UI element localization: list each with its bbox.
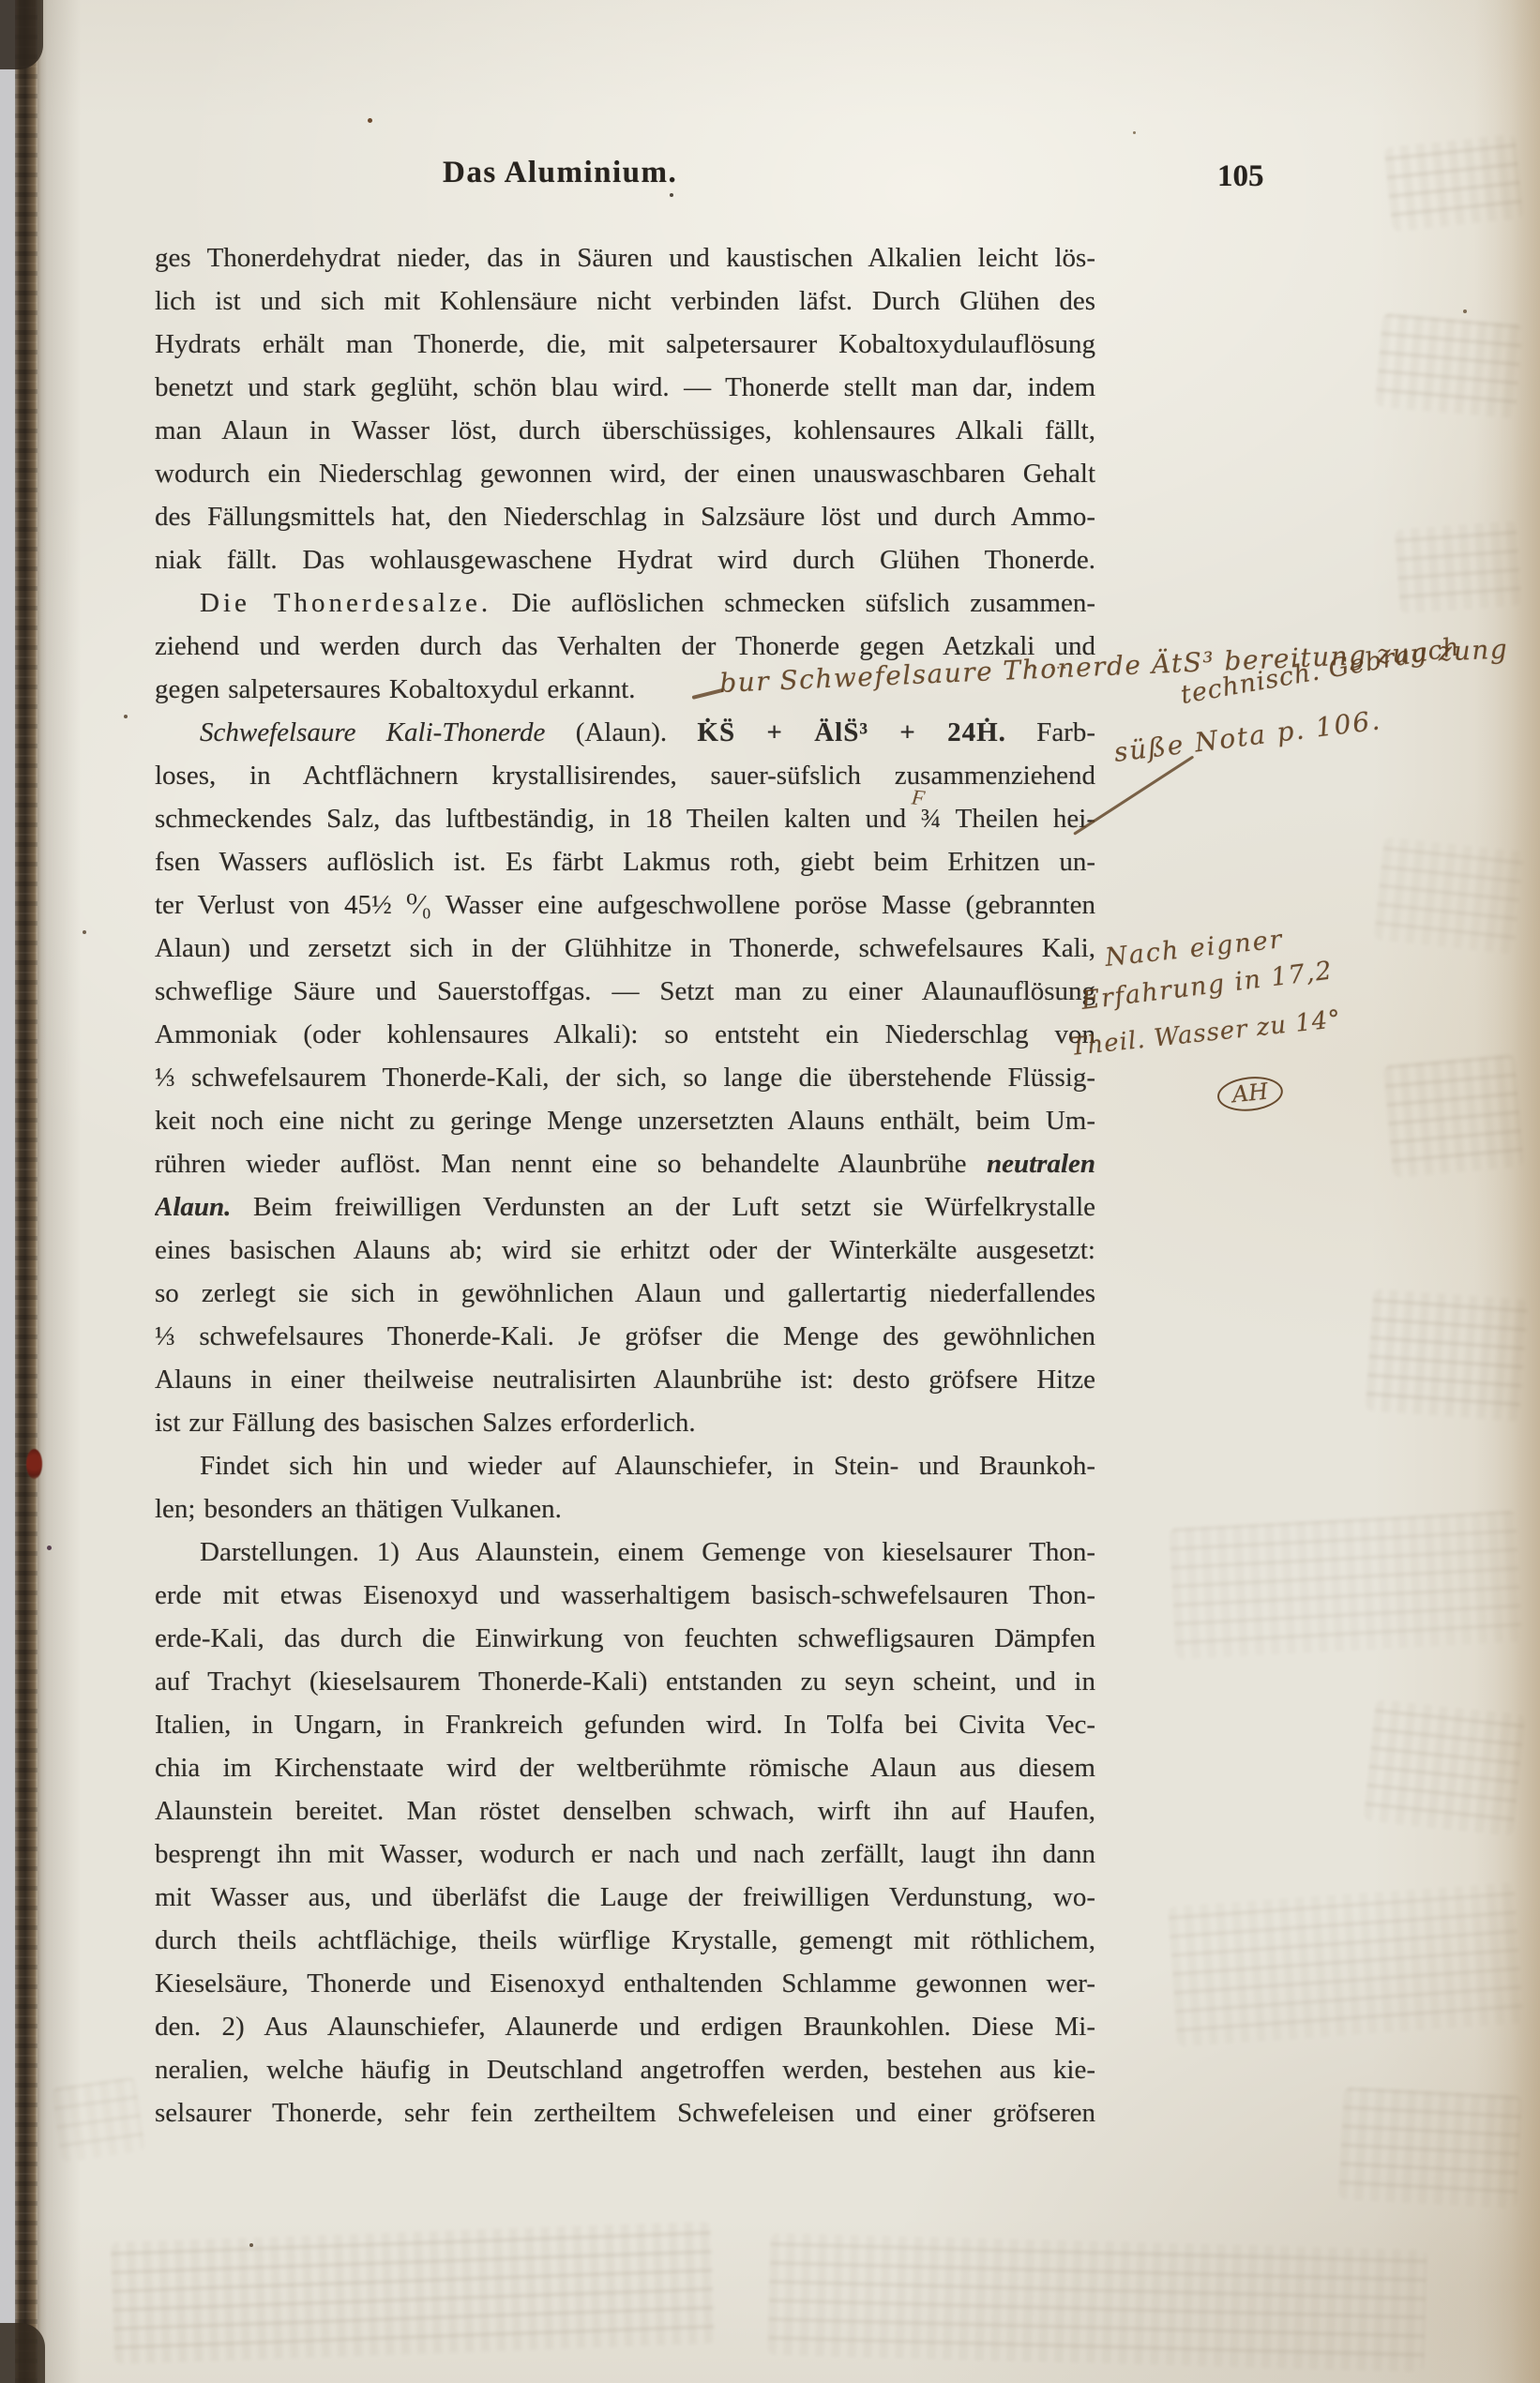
text-line: Alaun) und zersetzt sich in der Glühhitz… bbox=[155, 927, 1095, 970]
scan-speck bbox=[47, 1546, 52, 1550]
text-segment: schweflige Säure und Sauerstoffgas. — Se… bbox=[155, 976, 1095, 1006]
bleed-through-ghost bbox=[1170, 1510, 1523, 1659]
text-segment: (Alaun). bbox=[545, 717, 697, 747]
text-segment: benetzt und stark geglüht, schön blau wi… bbox=[155, 372, 1095, 402]
text-segment: durch theils achtflächige, theils würfli… bbox=[155, 1925, 1095, 1955]
text-line: Alaunstein bereitet. Man röstet denselbe… bbox=[155, 1789, 1095, 1832]
text-line: fsen Wassers auflöslich ist. Es färbt La… bbox=[155, 840, 1095, 883]
text-segment: Beim freiwilligen Verdunsten an der Luft… bbox=[231, 1192, 1095, 1222]
scan-speck bbox=[368, 118, 372, 123]
text-segment: Alauns in einer theilweise neutralisirte… bbox=[155, 1365, 1095, 1395]
page-number: 105 bbox=[1217, 159, 1264, 194]
text-segment: Kieselsäure, Thonerde und Eisenoxyd enth… bbox=[155, 1968, 1095, 1998]
text-segment: ter Verlust von 45½ ⁰⁄₀ Wasser eine aufg… bbox=[155, 890, 1095, 920]
text-segment: Alaun. bbox=[155, 1192, 231, 1222]
text-segment: neralien, welche häufig in Deutschland a… bbox=[155, 2055, 1095, 2085]
bleed-through-ghost bbox=[1374, 837, 1525, 954]
text-line: ter Verlust von 45½ ⁰⁄₀ Wasser eine aufg… bbox=[155, 883, 1095, 927]
text-segment: Die Thonerdesalze. bbox=[200, 588, 491, 618]
text-segment: Ammoniak (oder kohlensaures Alkali): so … bbox=[155, 1019, 1095, 1049]
scan-speck bbox=[83, 930, 86, 934]
text-line: Findet sich hin und wieder auf Alaunschi… bbox=[155, 1444, 1095, 1487]
text-line: eines basischen Alauns ab; wird sie erhi… bbox=[155, 1229, 1095, 1272]
text-line: Kieselsäure, Thonerde und Eisenoxyd enth… bbox=[155, 1962, 1095, 2005]
text-line: Ammoniak (oder kohlensaures Alkali): so … bbox=[155, 1013, 1095, 1056]
text-segment: den. 2) Aus Alaunschiefer, Alaunerde und… bbox=[155, 2012, 1095, 2042]
text-line: schweflige Säure und Sauerstoffgas. — Se… bbox=[155, 970, 1095, 1013]
text-line: besprengt ihn mit Wasser, wodurch er nac… bbox=[155, 1832, 1095, 1876]
text-line: neralien, welche häufig in Deutschland a… bbox=[155, 2048, 1095, 2091]
text-segment: schmeckendes Salz, das luftbeständig, in… bbox=[155, 804, 1095, 834]
scan-speck bbox=[249, 2243, 253, 2247]
text-line: mit Wasser aus, und überläfst die Lauge … bbox=[155, 1876, 1095, 1919]
bleed-through-ghost bbox=[1364, 1699, 1526, 1836]
text-segment: wodurch ein Niederschlag gewonnen wird, … bbox=[155, 459, 1095, 489]
text-segment: Farb- bbox=[1006, 717, 1095, 747]
text-segment: niak fällt. Das wohlausgewaschene Hydrat… bbox=[155, 545, 1095, 575]
binding-shadow bbox=[38, 0, 81, 2383]
text-segment: ist zur Fällung des basischen Salzes erf… bbox=[155, 1408, 696, 1438]
bleed-through-ghost bbox=[1383, 1054, 1524, 1178]
bleed-through-ghost bbox=[1338, 2087, 1522, 2209]
text-line: rühren wieder auflöst. Man nennt eine so… bbox=[155, 1142, 1095, 1185]
text-segment: erde-Kali, das durch die Einwirkung von … bbox=[155, 1623, 1095, 1653]
text-segment: ⅓ schwefelsaures Thonerde-Kali. Je gröfs… bbox=[155, 1321, 1095, 1351]
text-segment: ⅓ schwefelsaurem Thonerde-Kali, der sich… bbox=[155, 1063, 1095, 1093]
text-segment: Hydrats erhält man Thonerde, die, mit sa… bbox=[155, 329, 1095, 359]
scan-speck bbox=[1463, 309, 1467, 313]
text-line: loses, in Achtflächnern krystallisirende… bbox=[155, 754, 1095, 797]
text-line: erde mit etwas Eisenoxyd und wasserhalti… bbox=[155, 1574, 1095, 1617]
text-segment: auf Trachyt (kieselsaurem Thonerde-Kali)… bbox=[155, 1667, 1095, 1697]
handwriting-insert-mark: F bbox=[911, 785, 927, 810]
text-segment: Alaun) und zersetzt sich in der Glühhitz… bbox=[155, 933, 1095, 963]
text-segment: lich ist und sich mit Kohlensäure nicht … bbox=[155, 286, 1095, 316]
text-segment: loses, in Achtflächnern krystallisirende… bbox=[155, 761, 1095, 791]
text-line: niak fällt. Das wohlausgewaschene Hydrat… bbox=[155, 538, 1095, 581]
text-line: chia im Kirchenstaate wird der weltberüh… bbox=[155, 1746, 1095, 1789]
text-line: des Fällungsmittels hat, den Niederschla… bbox=[155, 495, 1095, 538]
bleed-through-ghost bbox=[767, 2233, 1427, 2372]
text-line: wodurch ein Niederschlag gewonnen wird, … bbox=[155, 452, 1095, 495]
text-line: durch theils achtflächige, theils würfli… bbox=[155, 1919, 1095, 1962]
text-segment: des Fällungsmittels hat, den Niederschla… bbox=[155, 502, 1095, 532]
red-ink-blot bbox=[26, 1449, 42, 1479]
text-segment: Die auflöslichen schmecken süfslich zusa… bbox=[491, 588, 1095, 618]
text-line: Darstellungen. 1) Aus Alaunstein, einem … bbox=[155, 1531, 1095, 1574]
text-line: lich ist und sich mit Kohlensäure nicht … bbox=[155, 279, 1095, 323]
text-line: Alauns in einer theilweise neutralisirte… bbox=[155, 1358, 1095, 1401]
scan-speck bbox=[1133, 131, 1136, 134]
text-line: ⅓ schwefelsaurem Thonerde-Kali, der sich… bbox=[155, 1056, 1095, 1099]
text-line: auf Trachyt (kieselsaurem Thonerde-Kali)… bbox=[155, 1660, 1095, 1703]
bleed-through-ghost bbox=[111, 2222, 715, 2364]
text-segment: Darstellungen. 1) Aus Alaunstein, einem … bbox=[200, 1537, 1095, 1567]
text-segment: fsen Wassers auflöslich ist. Es färbt La… bbox=[155, 847, 1095, 877]
running-header-title: Das Aluminium. bbox=[443, 156, 677, 190]
text-segment: Findet sich hin und wieder auf Alaunschi… bbox=[200, 1451, 1095, 1481]
text-line: Die Thonerdesalze. Die auflöslichen schm… bbox=[155, 581, 1095, 625]
text-segment: man Alaun in Wasser löst, durch überschü… bbox=[155, 415, 1095, 445]
text-segment: keit noch eine nicht zu geringe Menge un… bbox=[155, 1106, 1095, 1136]
text-segment: mit Wasser aus, und überläfst die Lauge … bbox=[155, 1882, 1095, 1912]
bleed-through-ghost bbox=[1366, 1289, 1529, 1421]
scanned-book-page: { "colors":{"paper":"#e7e4da","ink":"#2e… bbox=[0, 0, 1540, 2383]
text-segment: len; besonders an thätigen Vulkanen. bbox=[155, 1494, 562, 1524]
text-line: erde-Kali, das durch die Einwirkung von … bbox=[155, 1617, 1095, 1660]
text-line: len; besonders an thätigen Vulkanen. bbox=[155, 1487, 1095, 1531]
text-segment: Italien, in Ungarn, in Frankreich gefund… bbox=[155, 1710, 1095, 1740]
scan-speck bbox=[124, 715, 128, 718]
text-line: Schwefelsaure Kali-Thonerde (Alaun). K̇S… bbox=[155, 711, 1095, 754]
text-segment: gegen salpetersaures Kobaltoxydul erkann… bbox=[155, 674, 636, 704]
text-line: so zerlegt sie sich in gewöhnlichen Alau… bbox=[155, 1272, 1095, 1315]
text-segment: besprengt ihn mit Wasser, wodurch er nac… bbox=[155, 1839, 1095, 1869]
text-line: ⅓ schwefelsaures Thonerde-Kali. Je gröfs… bbox=[155, 1315, 1095, 1358]
bleed-through-ghost bbox=[1395, 521, 1522, 614]
text-line: Alaun. Beim freiwilligen Verdunsten an d… bbox=[155, 1185, 1095, 1229]
scan-speck bbox=[379, 428, 382, 430]
text-segment: so zerlegt sie sich in gewöhnlichen Alau… bbox=[155, 1278, 1095, 1308]
text-segment: erde mit etwas Eisenoxyd und wasserhalti… bbox=[155, 1580, 1095, 1610]
text-segment: ges Thonerdehydrat nieder, das in Säuren… bbox=[155, 243, 1095, 273]
text-line: schmeckendes Salz, das luftbeständig, in… bbox=[155, 797, 1095, 840]
text-line: den. 2) Aus Alaunschiefer, Alaunerde und… bbox=[155, 2005, 1095, 2048]
text-line: keit noch eine nicht zu geringe Menge un… bbox=[155, 1099, 1095, 1142]
text-segment: chia im Kirchenstaate wird der weltberüh… bbox=[155, 1753, 1095, 1783]
bleed-through-ghost bbox=[1375, 313, 1523, 419]
text-segment: Alaunstein bereitet. Man röstet denselbe… bbox=[155, 1796, 1095, 1826]
text-line: Hydrats erhält man Thonerde, die, mit sa… bbox=[155, 323, 1095, 366]
scan-speck bbox=[670, 193, 673, 197]
text-segment: neutralen bbox=[987, 1149, 1095, 1179]
printed-text-block: ges Thonerdehydrat nieder, das in Säuren… bbox=[155, 236, 1095, 2134]
text-segment: rühren wieder auflöst. Man nennt eine so… bbox=[155, 1149, 987, 1179]
bleed-through-ghost bbox=[1168, 1882, 1524, 2046]
chemical-formula: K̇S̈ + ÄlS̈³ + 24Ḣ. bbox=[697, 717, 1005, 747]
text-segment: selsaurer Thonerde, sehr fein zertheilte… bbox=[155, 2098, 1095, 2128]
text-line: man Alaun in Wasser löst, durch überschü… bbox=[155, 409, 1095, 452]
bleed-through-ghost bbox=[1384, 134, 1524, 232]
text-segment: eines basischen Alauns ab; wird sie erhi… bbox=[155, 1235, 1095, 1265]
text-line: Italien, in Ungarn, in Frankreich gefund… bbox=[155, 1703, 1095, 1746]
text-line: ges Thonerdehydrat nieder, das in Säuren… bbox=[155, 236, 1095, 279]
text-line: benetzt und stark geglüht, schön blau wi… bbox=[155, 366, 1095, 409]
text-line: ist zur Fällung des basischen Salzes erf… bbox=[155, 1401, 1095, 1444]
text-segment: Schwefelsaure Kali-Thonerde bbox=[200, 717, 545, 747]
text-line: selsaurer Thonerde, sehr fein zertheilte… bbox=[155, 2091, 1095, 2134]
